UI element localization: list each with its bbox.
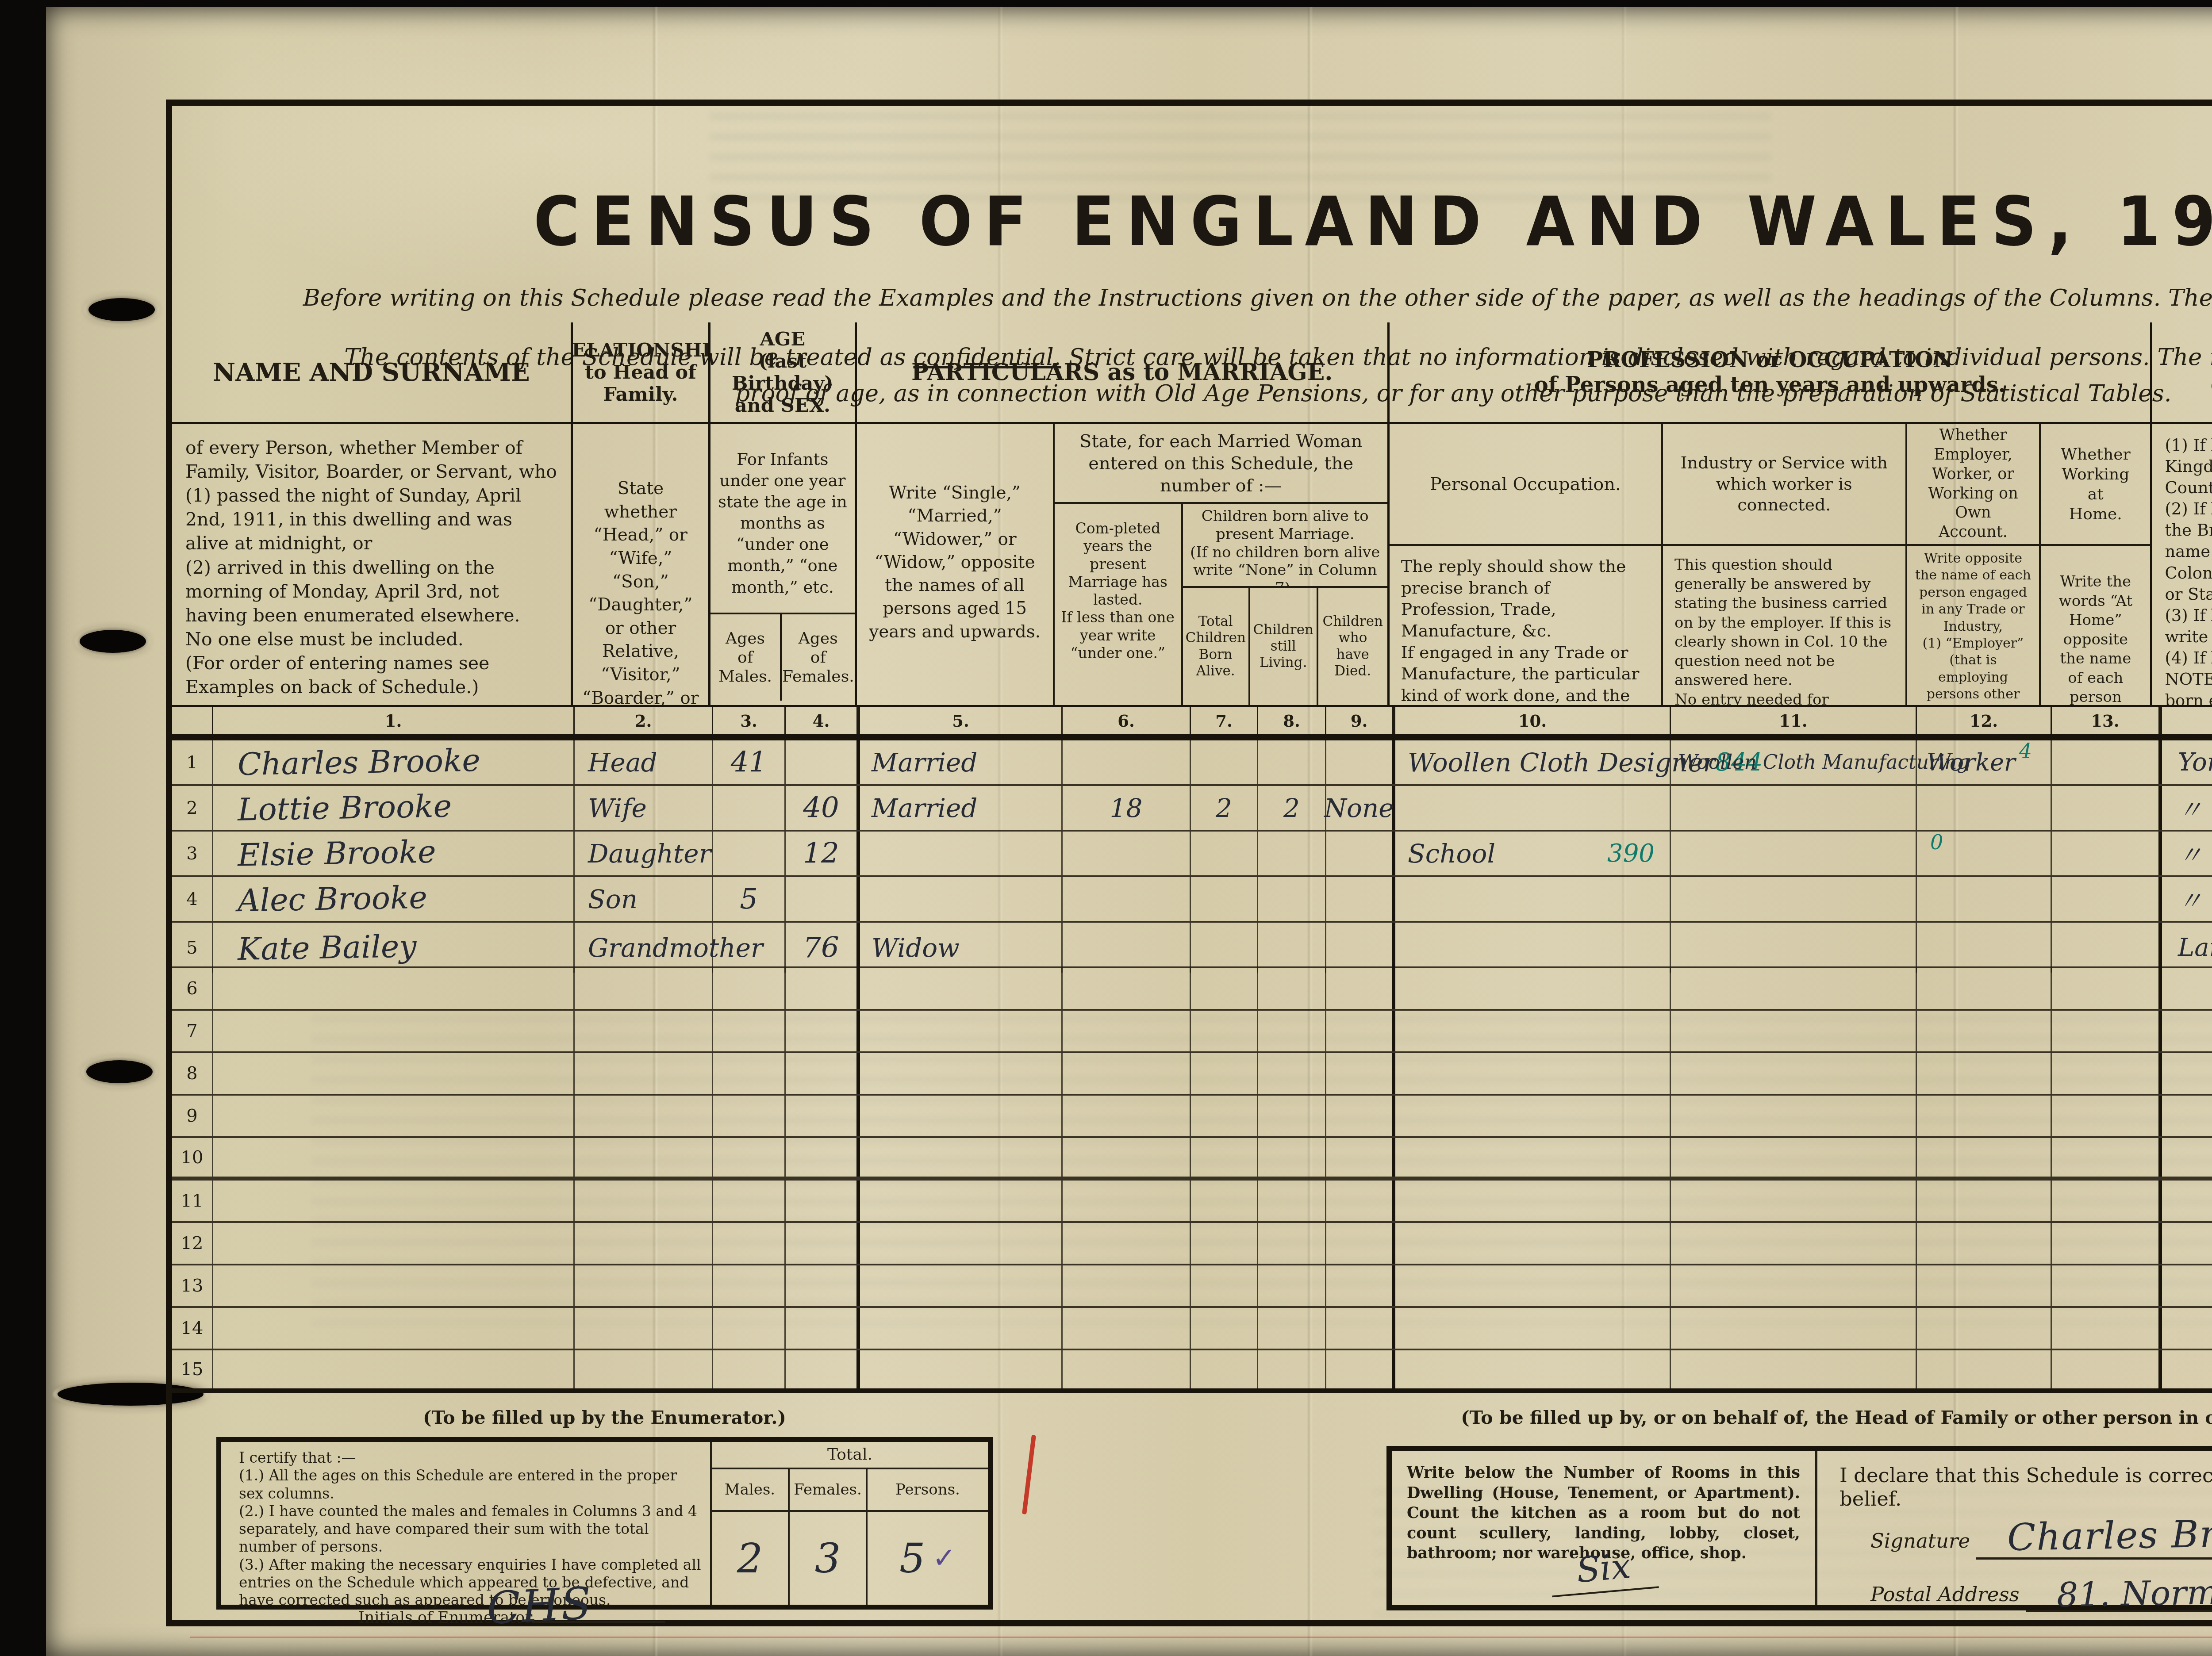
table-row: 2 Lottie Brooke Wife 40 Married 18 2 2 N… [172, 786, 2212, 832]
entry-birthplace-county: 〃 [2162, 882, 2212, 917]
entry-name [213, 1369, 238, 1370]
entry-children-living: 2 [1283, 793, 1300, 823]
red-rule-bottom [190, 1637, 2212, 1638]
entry-name: Kate Bailey [213, 928, 417, 967]
marriage-years-header: Com-pleted years the present Marriage ha… [1055, 504, 1183, 705]
birthplace-column-title: BIRTHPLACE of every person. [2152, 322, 2212, 424]
marriage-group-title: PARTICULARS as to MARRIAGE. [857, 322, 1387, 424]
table-row: 4 Alec Brooke Son 5 〃Huddersfield [172, 877, 2212, 923]
col-number-2: 2. [575, 707, 713, 734]
entry-birthplace-county: Yorkshire. [2162, 748, 2212, 777]
row-number: 6 [172, 968, 213, 1009]
entry-employment-code: 4 [2019, 739, 2032, 763]
entry-employment-code: 0 [1930, 830, 1943, 854]
subtitle-instructions: Before writing on this Schedule please r… [172, 284, 2212, 311]
entry-name [213, 1116, 238, 1116]
totals-table: Total. Males. 2 Females. 3 Persons. 5✓ [710, 1442, 988, 1605]
total-females-column: Females. 3 [790, 1469, 868, 1605]
entry-name [213, 1286, 238, 1286]
entry-marital-condition: Married [860, 793, 977, 823]
profession-group-title: PROFESSION or OCCUPATION of Persons aged… [1390, 322, 2151, 424]
col-group-relationship: RELATIONSHIP to Head of Family. State wh… [573, 322, 711, 705]
name-column-instructions: of every Person, whether Member of Famil… [172, 424, 571, 705]
entry-children-died: None [1324, 793, 1394, 823]
entry-name [213, 1201, 238, 1201]
signature-value: Charles Brooke [2007, 1510, 2212, 1559]
census-table: NAME AND SURNAME of every Person, whethe… [172, 322, 2212, 1393]
entry-name [213, 1328, 238, 1329]
entry-marriage-years: 18 [1110, 793, 1143, 823]
census-schedule-scan: Number of Schedule325 (To be filled up b… [0, 0, 2212, 1656]
col-number-8: 8. [1258, 707, 1326, 734]
col-number-13: 13. [2052, 707, 2162, 734]
marital-condition-instructions: Write “Single,” “Married,” “Widower,” or… [857, 424, 1055, 705]
entry-relationship: Daughter [575, 839, 711, 869]
industry-header: Industry or Service with which worker is… [1663, 424, 1905, 546]
col-number-9: 9. [1326, 707, 1395, 734]
row-number: 12 [172, 1223, 213, 1264]
entry-name: Elsie Brooke [213, 833, 436, 874]
entry-occupation-code: 390 [1607, 839, 1655, 868]
working-at-home-instructions: Write the words “At Home” opposite the n… [2041, 546, 2150, 705]
col-number-10: 10. [1395, 707, 1671, 734]
employer-worker-instructions: Write opposite the name of each person e… [1907, 546, 2039, 705]
col-number-3: 3. [713, 707, 786, 734]
row-number-column-head [172, 707, 213, 734]
table-row: 15 [172, 1350, 2212, 1393]
census-form: Number of Schedule325 (To be filled up b… [166, 100, 2212, 1626]
row-number: 8 [172, 1053, 213, 1094]
red-tally-mark [1022, 1435, 1036, 1514]
entry-marital-condition: Married [860, 747, 977, 778]
age-column-title: AGE (last Birthday) and SEX. [710, 322, 854, 424]
row-number: 5 [172, 923, 213, 973]
table-row: 1 Charles Brooke Head 41 Married Woollen… [172, 740, 2212, 786]
row-number: 9 [172, 1096, 213, 1136]
page-title: CENSUS OF ENGLAND AND WALES, 1911. [172, 182, 2212, 261]
entry-birthplace-county: 〃 [2162, 790, 2212, 826]
ages-of-females-header: Ages of Females. [782, 614, 855, 701]
males-label: Males. [712, 1469, 788, 1512]
entry-occupation: Woollen Cloth Designer [1395, 747, 1715, 778]
industry-instructions: This question should generally be answer… [1663, 546, 1905, 705]
personal-occupation-instructions: The reply should show the precise branch… [1390, 546, 1661, 705]
entry-name [213, 1157, 238, 1158]
row-number: 2 [172, 786, 213, 830]
females-value: 3 [790, 1512, 866, 1605]
declaration-text: I declare that this Schedule is correctl… [1839, 1464, 2212, 1510]
children-died-header: Children who have Died. [1318, 588, 1387, 705]
signature-label: Signature [1870, 1529, 1970, 1552]
personal-occupation-column: Personal Occupation. The reply should sh… [1390, 424, 1663, 705]
entry-age-female: 40 [803, 792, 839, 824]
column-number-strip: 1. 2. 3. 4. 5. 6. 7. 8. 9. 10. 11. 12. 1… [172, 707, 2212, 740]
table-row: 8 [172, 1053, 2212, 1096]
col-number-5: 5. [860, 707, 1063, 734]
householder-section-heading: (To be filled up by, or on behalf of, th… [1358, 1407, 2212, 1428]
enumerator-certification: I certify that :— (1.) All the ages on t… [221, 1442, 710, 1605]
males-value: 2 [712, 1512, 788, 1605]
enumerator-box: I certify that :— (1.) All the ages on t… [216, 1437, 993, 1610]
table-row: 11 [172, 1181, 2212, 1223]
children-total-header: Total Children Born Alive. [1183, 588, 1250, 705]
col-number-12: 12. [1917, 707, 2052, 734]
entry-employment-status: Worker [1927, 748, 2016, 776]
entry-name: Lottie Brooke [213, 788, 452, 828]
entry-relationship: Wife [575, 793, 647, 823]
entry-age-female: 76 [803, 931, 839, 964]
age-infants-instructions: For Infants under one year state the age… [710, 424, 854, 614]
total-males-column: Males. 2 [712, 1469, 790, 1605]
certify-text: I certify that :— (1.) All the ages on t… [239, 1449, 706, 1609]
females-label: Females. [790, 1469, 866, 1512]
row-number: 11 [172, 1181, 213, 1221]
table-row: 3 Elsie Brooke Daughter 12 School390 0 〃… [172, 832, 2212, 877]
row-number: 14 [172, 1308, 213, 1349]
col-group-birthplace: BIRTHPLACE of every person. (1) If born … [2152, 322, 2212, 705]
table-header: NAME AND SURNAME of every Person, whethe… [172, 322, 2212, 707]
total-label: Total. [712, 1442, 988, 1469]
table-row: 14 [172, 1308, 2212, 1350]
declaration-box: Write below the Number of Rooms in this … [1386, 1446, 2212, 1610]
entry-name: Alec Brooke [213, 879, 427, 919]
entry-children-born: 2 [1216, 793, 1232, 823]
initials-value: CHS [485, 1577, 593, 1634]
table-row: 6 [172, 968, 2212, 1011]
col-group-name: NAME AND SURNAME of every Person, whethe… [172, 322, 573, 705]
table-row: 5 Kate Bailey Grandmother 76 Widow Lanca… [172, 923, 2212, 968]
birthplace-instructions: (1) If born in the United Kingdom, write… [2152, 424, 2212, 705]
col-number-7: 7. [1191, 707, 1258, 734]
rooms-box: Write below the Number of Rooms in this … [1392, 1451, 1817, 1605]
row-number: 13 [172, 1265, 213, 1306]
table-row: 10 [172, 1138, 2212, 1181]
signature-row: Signature Charles Brooke [1870, 1513, 2212, 1560]
postal-address-label: Postal Address [1870, 1583, 2020, 1606]
entry-birthplace-county: Lancashire. [2162, 933, 2212, 962]
persons-label: Persons. [868, 1469, 988, 1512]
punch-hole [80, 630, 146, 653]
table-row: 13 [172, 1265, 2212, 1308]
entry-relationship: Son [575, 884, 637, 914]
table-row: 7 [172, 1011, 2212, 1053]
persons-value: 5 [899, 1535, 926, 1582]
entry-name [213, 989, 238, 989]
enumerator-section-heading: (To be filled up by the Enumerator.) [216, 1407, 993, 1428]
total-persons-column: Persons. 5✓ [868, 1469, 988, 1605]
employer-worker-column: Whether Employer, Worker, or Working on … [1907, 424, 2041, 705]
rooms-value: Six [1548, 1544, 1659, 1598]
children-living-header: Children still Living. [1250, 588, 1318, 705]
entry-marital-condition: Widow [860, 933, 960, 963]
row-number: 1 [172, 740, 213, 784]
col-number-11: 11. [1671, 707, 1917, 734]
relationship-column-title: RELATIONSHIP to Head of Family. [573, 322, 709, 424]
employer-worker-header: Whether Employer, Worker, or Working on … [1907, 424, 2039, 546]
personal-occupation-header: Personal Occupation. [1390, 424, 1661, 546]
postal-address-row: Postal Address 81. Norman Rd. Birkby Hud… [1870, 1570, 2212, 1612]
entry-name [213, 1073, 238, 1074]
relationship-column-instructions: State whether “Head,” or “Wife,” “Son,” … [573, 424, 709, 705]
postal-address-value: 81. Norman Rd. Birkby Huddersfield [2056, 1564, 2212, 1615]
entry-name [213, 1031, 238, 1031]
entry-name [213, 1243, 238, 1244]
row-number: 4 [172, 877, 213, 921]
row-number: 7 [172, 1011, 213, 1051]
industry-column: Industry or Service with which worker is… [1663, 424, 1907, 705]
row-number: 10 [172, 1138, 213, 1177]
entry-birthplace-county: 〃 [2162, 836, 2212, 871]
table-row: 9 [172, 1096, 2212, 1138]
declaration-area: I declare that this Schedule is correctl… [1817, 1451, 2212, 1605]
bottom-sections: (To be filled up by the Enumerator.) I c… [172, 1393, 2212, 1622]
entry-age-male: 5 [740, 883, 758, 916]
table-row: 12 [172, 1223, 2212, 1265]
col-group-profession: PROFESSION or OCCUPATION of Persons aged… [1390, 322, 2153, 705]
col-number-6: 6. [1063, 707, 1191, 734]
punch-hole [88, 298, 155, 321]
entry-age-male: 41 [731, 746, 767, 779]
working-at-home-header: Whether Working at Home. [2041, 424, 2150, 546]
col-number-4: 4. [786, 707, 860, 734]
row-number: 3 [172, 832, 213, 875]
col-number-14: 14. [2162, 707, 2212, 734]
punch-hole [86, 1060, 153, 1083]
entry-occupation: School [1395, 839, 1495, 869]
col-number-1: 1. [213, 707, 575, 734]
name-column-title: NAME AND SURNAME [172, 322, 571, 424]
check-mark: ✓ [932, 1542, 956, 1575]
entry-age-female: 12 [803, 837, 839, 870]
census-rows: 1 Charles Brooke Head 41 Married Woollen… [172, 740, 2212, 1393]
working-at-home-column: Whether Working at Home. Write the words… [2041, 424, 2150, 705]
col-group-marriage: PARTICULARS as to MARRIAGE. Write “Singl… [857, 322, 1390, 705]
entry-relationship: Head [575, 747, 657, 778]
col-group-age: AGE (last Birthday) and SEX. For Infants… [710, 322, 856, 705]
ages-of-males-header: Ages of Males. [710, 614, 782, 701]
children-born-header: Children born alive to present Marriage.… [1183, 504, 1387, 588]
row-number: 15 [172, 1350, 213, 1388]
entry-name: Charles Brooke [213, 742, 480, 783]
initials-row: Initials of Enumerator CHS [239, 1609, 706, 1627]
married-woman-instructions: State, for each Married Woman entered on… [1055, 424, 1387, 504]
